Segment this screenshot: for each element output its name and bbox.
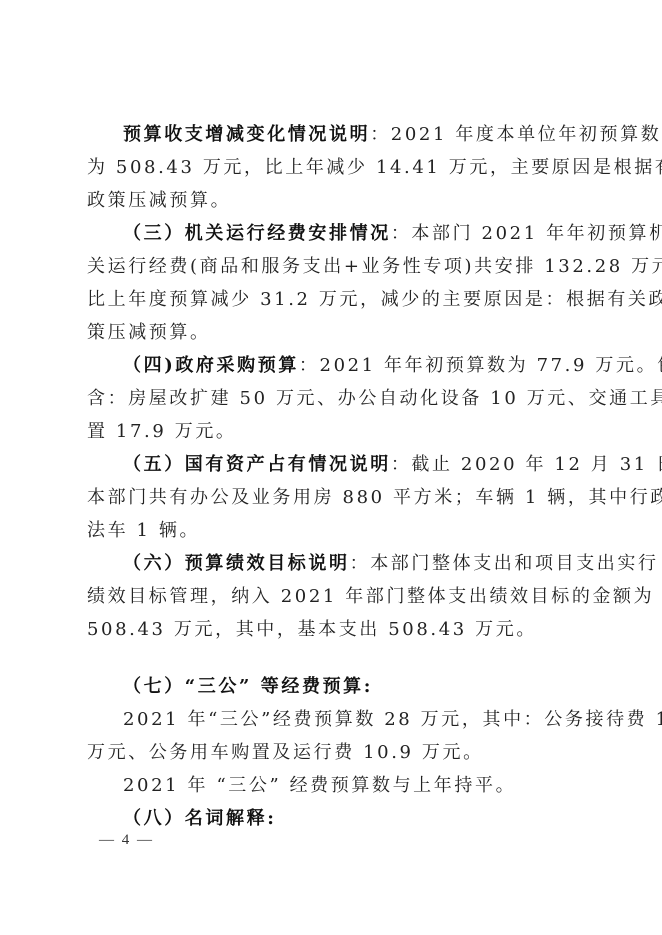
section-4-line-1: （四)政府采购预算：2021 年年初预算数为 77.9 万元。包: [87, 349, 575, 382]
section-6-line-1: （六）预算绩效目标说明：本部门整体支出和项目支出实行: [87, 547, 575, 580]
section-6-heading: （六）预算绩效目标说明: [123, 553, 350, 574]
budget-change-line-2: 为 508.43 万元，比上年减少 14.41 万元，主要原因是根据有关: [87, 151, 575, 184]
section-4-heading: （四)政府采购预算: [123, 355, 299, 376]
section-3-line-2: 关运行经费(商品和服务支出+业务性专项)共安排 132.28 万元，: [87, 250, 575, 283]
section-4-line-3: 置 17.9 万元。: [87, 415, 575, 448]
section-5-heading: （五）国有资产占有情况说明: [123, 454, 391, 475]
section-3-line-4: 策压减预算。: [87, 316, 575, 349]
section-7-body-1-line-2: 万元、公务用车购置及运行费 10.9 万元。: [87, 736, 575, 769]
section-5-line-1: （五）国有资产占有情况说明：截止 2020 年 12 月 31 日，: [87, 448, 575, 481]
page-number: — 4 —: [99, 832, 154, 849]
section-7-body-2-line-1: 2021 年 “三公” 经费预算数与上年持平。: [87, 769, 575, 802]
section-4-line-2: 含：房屋改扩建 50 万元、办公自动化设备 10 万元、交通工具购: [87, 382, 575, 415]
budget-change-heading: 预算收支增减变化情况说明: [123, 124, 370, 145]
section-3-line-3: 比上年度预算减少 31.2 万元，减少的主要原因是：根据有关政: [87, 283, 575, 316]
section-5-line-3: 法车 1 辆。: [87, 514, 575, 547]
section-7-heading: （七）“三公” 等经费预算:: [123, 676, 373, 697]
section-6-line-3: 508.43 万元，其中，基本支出 508.43 万元。: [87, 613, 575, 646]
section-8-line-1: （八）名词解释:: [87, 802, 575, 835]
budget-change-line-1: 预算收支增减变化情况说明：2021 年度本单位年初预算数: [87, 118, 575, 151]
section-3-heading: （三）机关运行经费安排情况: [123, 223, 391, 244]
document-page: 预算收支增减变化情况说明：2021 年度本单位年初预算数 为 508.43 万元…: [87, 118, 575, 835]
section-3-line-1: （三）机关运行经费安排情况：本部门 2021 年年初预算机: [87, 217, 575, 250]
section-6-line-2: 绩效目标管理，纳入 2021 年部门整体支出绩效目标的金额为: [87, 580, 575, 613]
budget-change-line-3: 政策压减预算。: [87, 184, 575, 217]
section-8-heading: （八）名词解释:: [123, 808, 276, 829]
section-7-body-1-line-1: 2021 年“三公”经费预算数 28 万元，其中：公务接待费 17.1: [87, 703, 575, 736]
section-5-line-2: 本部门共有办公及业务用房 880 平方米；车辆 1 辆，其中行政执: [87, 481, 575, 514]
paragraph-gap: [87, 646, 575, 670]
section-7-line-1: （七）“三公” 等经费预算:: [87, 670, 575, 703]
